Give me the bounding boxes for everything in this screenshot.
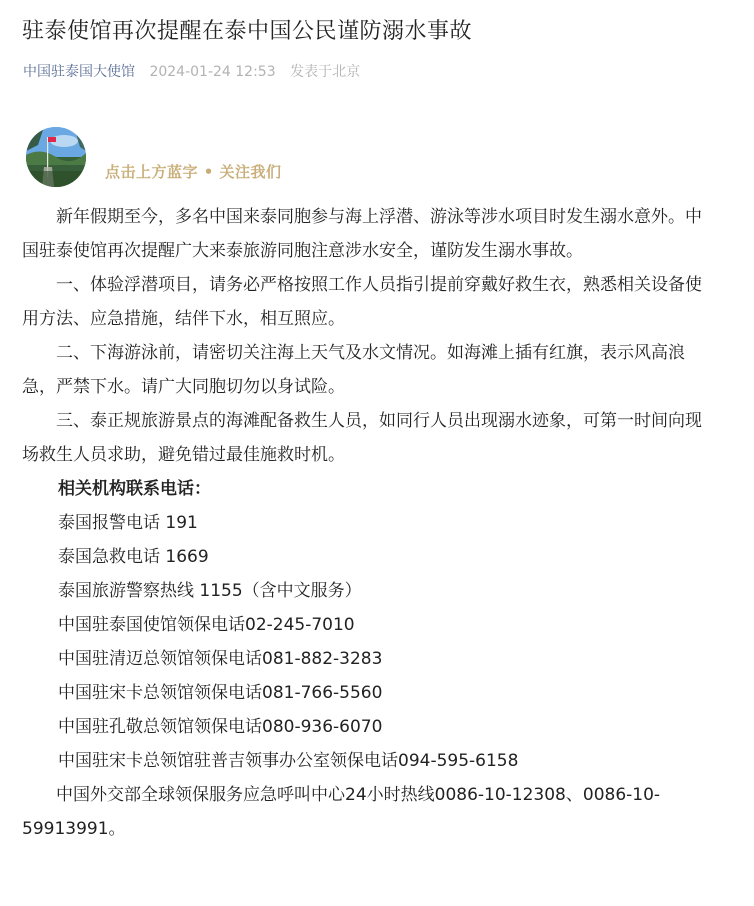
intro-paragraph: 新年假期至今，多名中国来泰同胞参与海上浮潜、游泳等涉水项目时发生溺水意外。中国驻…: [22, 200, 712, 268]
contact-line: 中国驻孔敬总领馆领保电话080-936-6070: [22, 710, 712, 744]
publish-location: 发表于北京: [290, 64, 360, 80]
advice-paragraph-1: 一、体验浮潜项目，请务必严格按照工作人员指引提前穿戴好救生衣，熟悉相关设备使用方…: [22, 268, 712, 336]
account-name-link[interactable]: 中国驻泰国大使馆: [23, 64, 135, 80]
article-title: 驻泰使馆再次提醒在泰中国公民谨防溺水事故: [22, 14, 472, 50]
embassy-flag-photo-icon: [26, 127, 86, 187]
account-avatar[interactable]: [26, 127, 86, 187]
contact-line: 中国驻清迈总领馆领保电话081-882-3283: [22, 642, 712, 676]
advice-paragraph-2: 二、下海游泳前，请密切关注海上天气及水文情况。如海滩上插有红旗，表示风高浪急，严…: [22, 336, 712, 404]
hotline-note: 中国外交部全球领保服务应急呼叫中心24小时热线0086-10-12308、008…: [22, 778, 712, 846]
contact-line: 泰国旅游警察热线 1155（含中文服务）: [22, 574, 712, 608]
contact-line: 中国驻宋卡总领馆驻普吉领事办公室领保电话094-595-6158: [22, 744, 712, 778]
contact-line: 中国驻宋卡总领馆领保电话081-766-5560: [22, 676, 712, 710]
publish-time: 2024-01-24 12:53: [149, 64, 275, 80]
follow-prompt: 点击上方蓝字 • 关注我们: [105, 160, 282, 184]
article-meta: 中国驻泰国大使馆 2024-01-24 12:53 发表于北京: [23, 61, 360, 83]
contact-line: 中国驻泰国使馆领保电话02-245-7010: [22, 608, 712, 642]
contact-line: 泰国报警电话 191: [22, 506, 712, 540]
contacts-heading: 相关机构联系电话：: [22, 472, 712, 506]
advice-paragraph-3: 三、泰正规旅游景点的海滩配备救生人员，如同行人员出现溺水迹象，可第一时间向现场救…: [22, 404, 712, 472]
contact-line: 泰国急救电话 1669: [22, 540, 712, 574]
article-body: 新年假期至今，多名中国来泰同胞参与海上浮潜、游泳等涉水项目时发生溺水意外。中国驻…: [22, 200, 712, 846]
